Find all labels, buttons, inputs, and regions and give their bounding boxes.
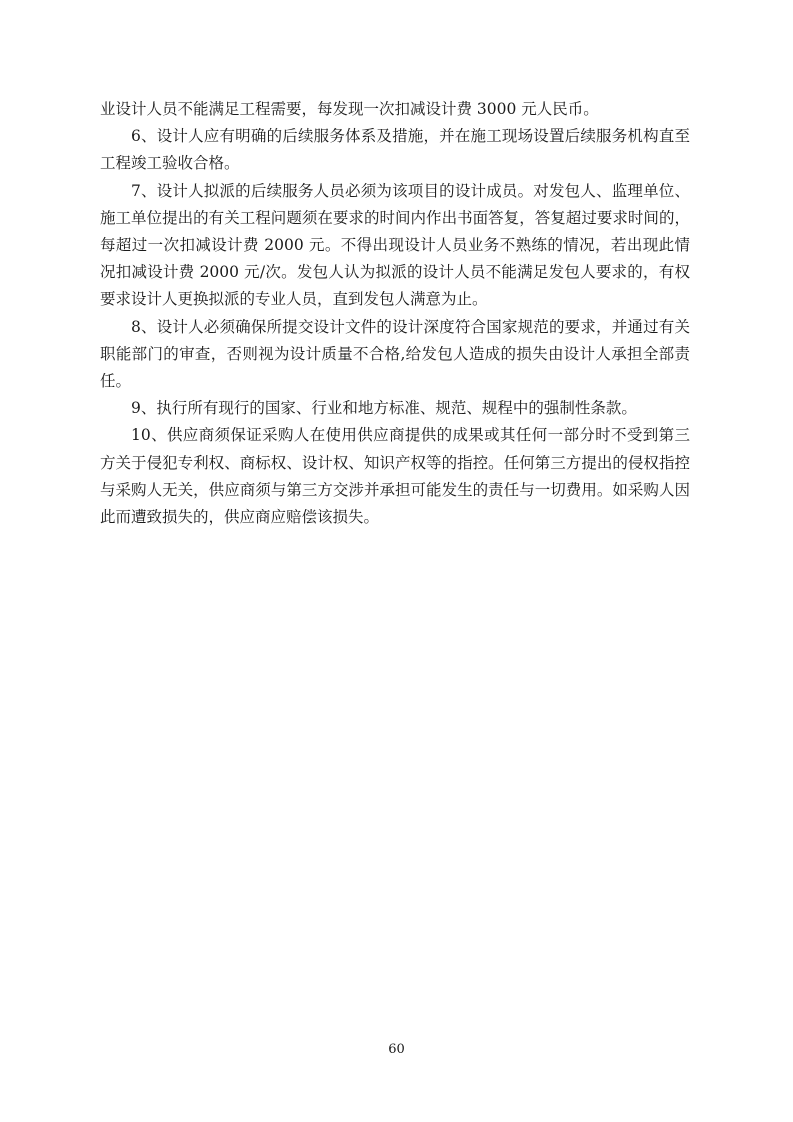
page-footer: 60 xyxy=(0,1042,793,1058)
paragraph-clause-8: 8、设计人必须确保所提交设计文件的设计深度符合国家规范的要求，并通过有关职能部门… xyxy=(100,314,690,396)
page-number: 60 xyxy=(388,1042,405,1057)
paragraph-clause-6: 6、设计人应有明确的后续服务体系及措施，并在施工现场设置后续服务机构直至工程竣工… xyxy=(100,123,690,177)
paragraph-clause-7: 7、设计人拟派的后续服务人员必须为该项目的设计成员。对发包人、监理单位、施工单位… xyxy=(100,178,690,314)
paragraph-clause-9: 9、执行所有现行的国家、行业和地方标准、规范、规程中的强制性条款。 xyxy=(100,395,690,422)
paragraph-clause-10: 10、供应商须保证采购人在使用供应商提供的成果或其任何一部分时不受到第三方关于侵… xyxy=(100,422,690,531)
document-page: 业设计人员不能满足工程需要，每发现一次扣减设计费 3000 元人民币。 6、设计… xyxy=(0,0,793,1122)
document-body: 业设计人员不能满足工程需要，每发现一次扣减设计费 3000 元人民币。 6、设计… xyxy=(100,96,690,531)
paragraph-continuation: 业设计人员不能满足工程需要，每发现一次扣减设计费 3000 元人民币。 xyxy=(100,96,690,123)
